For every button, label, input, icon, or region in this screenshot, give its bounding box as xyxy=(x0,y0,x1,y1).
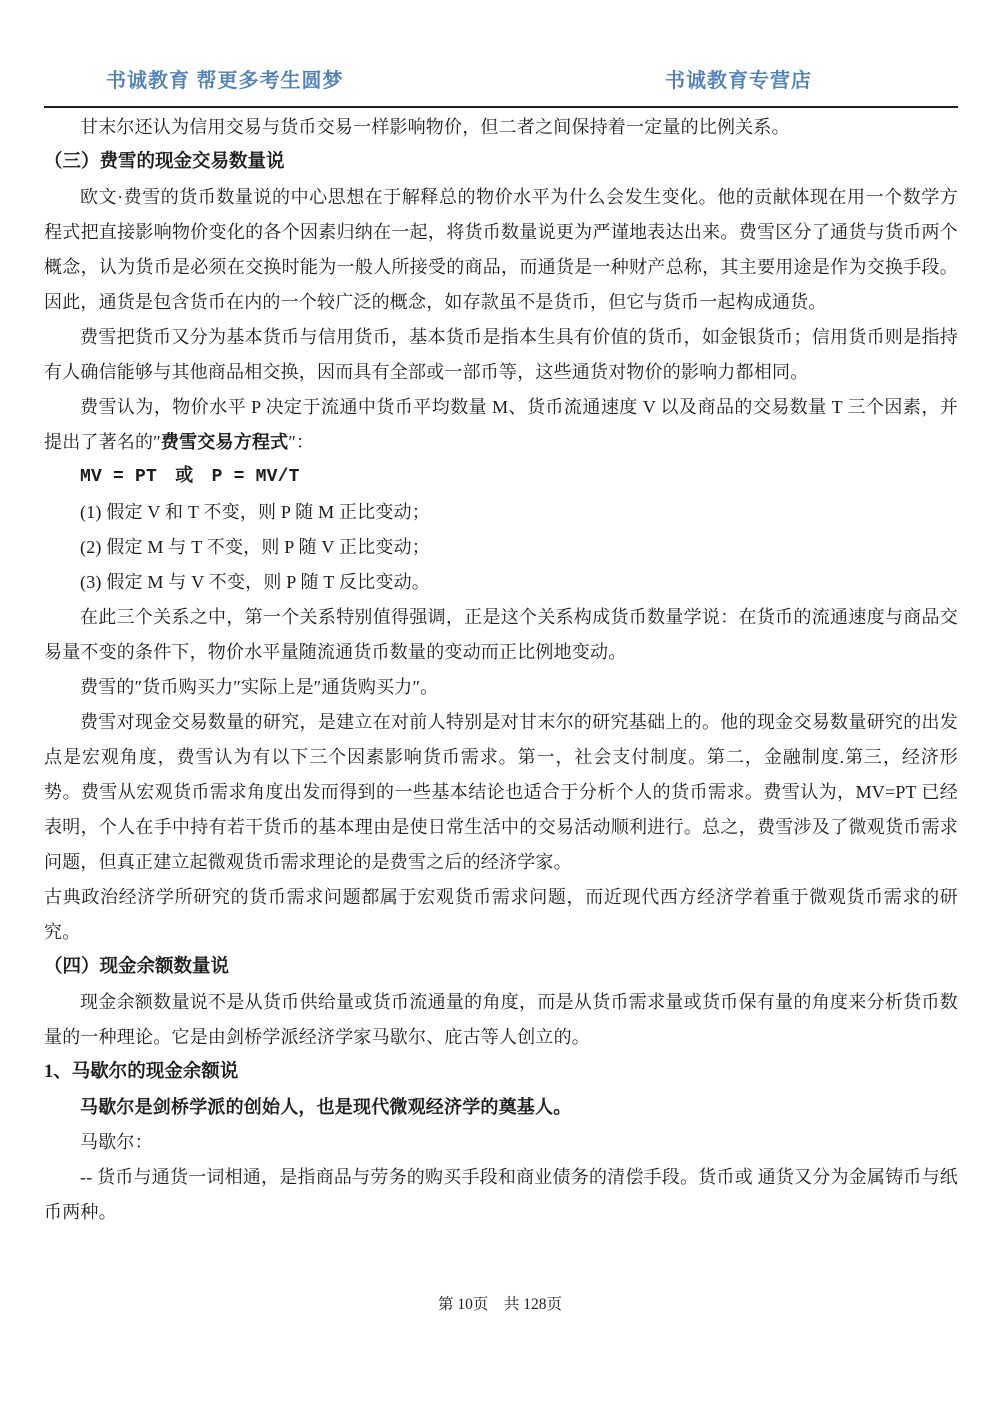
fisher-equation-name: 费雪交易方程式 xyxy=(161,432,288,452)
paragraph-purchasing-power: 费雪的″货币购买力″实际上是″通货购买力″。 xyxy=(44,670,958,705)
fisher-equation-formula: MV = PT 或 P = MV/T xyxy=(44,460,958,495)
paragraph-equation-intro: 费雪认为，物价水平 P 决定于流通中货币平均数量 M、货币流通速度 V 以及商品… xyxy=(44,390,958,460)
paragraph-basic-credit-money: 费雪把货币又分为基本货币与信用货币，基本货币是指本生具有价值的货币，如金银货币；… xyxy=(44,320,958,390)
header-brand-slogan: 书诚教育 帮更多考生圆梦 xyxy=(106,68,344,94)
assumption-1: (1) 假定 V 和 T 不变，则 P 随 M 正比变动； xyxy=(44,495,958,530)
heading-section-4-cash-balance: （四）现金余额数量说 xyxy=(44,950,958,985)
paragraph-fisher-intro: 欧文·费雪的货币数量说的中心思想在于解释总的物价水平为什么会发生变化。他的贡献体… xyxy=(44,180,958,320)
paragraph-marshall-founder: 马歇尔是剑桥学派的创始人，也是现代微观经济学的奠基人。 xyxy=(44,1090,958,1125)
paragraph-marshall-label: 马歇尔： xyxy=(44,1125,958,1160)
paragraph-money-currency: -- 货币与通货一词相通，是指商品与劳务的购买手段和商业债务的清偿手段。货币或 … xyxy=(44,1160,958,1230)
heading-section-3-fisher: （三）费雪的现金交易数量说 xyxy=(44,145,958,180)
heading-marshall-cash-balance: 1、马歇尔的现金余额说 xyxy=(44,1055,958,1090)
header-store-name: 书诚教育专营店 xyxy=(665,68,812,94)
assumption-3: (3) 假定 M 与 V 不变，则 P 随 T 反比变动。 xyxy=(44,565,958,600)
assumption-2: (2) 假定 M 与 T 不变，则 P 随 V 正比变动； xyxy=(44,530,958,565)
paragraph-kemmerer: 甘末尔还认为信用交易与货币交易一样影响物价，但二者之间保持着一定量的比例关系。 xyxy=(44,110,958,145)
document-page: 书诚教育 帮更多考生圆梦 书诚教育专营店 甘末尔还认为信用交易与货币交易一样影响… xyxy=(0,0,1000,1414)
paragraph-classical-economics: 古典政治经济学所研究的货币需求问题都属于宏观货币需求问题，而近现代西方经济学着重… xyxy=(44,880,958,950)
header-divider xyxy=(44,106,958,108)
paragraph-three-relations: 在此三个关系之中，第一个关系特别值得强调，正是这个关系构成货币数量学说：在货币的… xyxy=(44,600,958,670)
equation-intro-suffix: ″： xyxy=(288,432,314,452)
page-header: 书诚教育 帮更多考生圆梦 书诚教育专营店 xyxy=(44,68,958,94)
paragraph-cash-balance-theory: 现金余额数量说不是从货币供给量或货币流通量的角度，而是从货币需求量或货币保有量的… xyxy=(44,985,958,1055)
page-number: 第 10页 共 128页 xyxy=(0,1292,1000,1314)
paragraph-research-basis: 费雪对现金交易数量的研究，是建立在对前人特别是对甘末尔的研究基础上的。他的现金交… xyxy=(44,705,958,880)
